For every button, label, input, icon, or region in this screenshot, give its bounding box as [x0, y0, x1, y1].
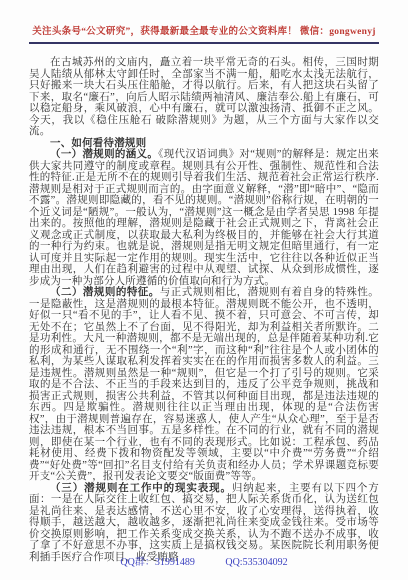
section-heading-1: 一、如何看待潜规则 [29, 138, 379, 150]
subsection-2-text: 与正式规则相比，潜规则有着自身的特殊性。一是隐蔽性，这是潜规则的最根本特征。潜规… [29, 287, 379, 482]
document-body: 在古城苏州的文庙内，矗立着一块平常无奇的石头。相传，三国时期吴人陆绩从郁林太守卸… [29, 57, 379, 563]
intro-paragraph: 在古城苏州的文庙内，矗立着一块平常无奇的石头。相传，三国时期吴人陆绩从郁林太守卸… [29, 57, 379, 138]
footer-contact: QQ群：31991489 QQ:535304092 [0, 553, 408, 568]
subsection-3-lead: （三）潜规则在工作中的现实表现。 [50, 483, 232, 494]
qq-number: QQ:535304092 [225, 557, 287, 568]
header-underline: 关注头条号“公文研究”，获得最新最全最专业的公文资料库！ 微信：gongweny… [29, 21, 378, 44]
subsection-2-lead: （二）潜规则的特征。 [50, 287, 160, 298]
subsection-1-text: 《现代汉语词典》对“规则”的解释是：规定出来供大家共同遵守的制度或章程。规则具有… [29, 149, 379, 287]
subsection-paragraph-2: （二）潜规则的特征。与正式规则相比，潜规则有着自身的特殊性。一是隐蔽性，这是潜规… [29, 287, 379, 483]
subsection-3-text: 归纳起来，主要有以下四个方面：一是在人际交往上收红包、搞交易，把人际关系货币化，… [29, 483, 379, 563]
subsection-paragraph-3: （三）潜规则在工作中的现实表现。归纳起来，主要有以下四个方面：一是在人际交往上收… [29, 483, 379, 564]
header-banner: 关注头条号“公文研究”，获得最新最全最专业的公文资料库！ 微信：gongweny… [0, 0, 408, 44]
qq-group-number: QQ群：31991489 [120, 557, 194, 568]
subsection-paragraph-1: （一）潜规则的涵义。《现代汉语词典》对“规则”的解释是：规定出来供大家共同遵守的… [29, 149, 379, 287]
document-page: 关注头条号“公文研究”，获得最新最全最专业的公文资料库！ 微信：gongweny… [0, 0, 408, 580]
intro-paragraph-text: 在古城苏州的文庙内，矗立着一块平常无奇的石头。相传，三国时期吴人陆绩从郁林太守卸… [29, 57, 379, 137]
header-notice: 关注头条号“公文研究”，获得最新最全最专业的公文资料库！ 微信：gongweny… [32, 27, 375, 37]
subsection-1-lead: （一）潜规则的涵义。 [50, 149, 158, 160]
